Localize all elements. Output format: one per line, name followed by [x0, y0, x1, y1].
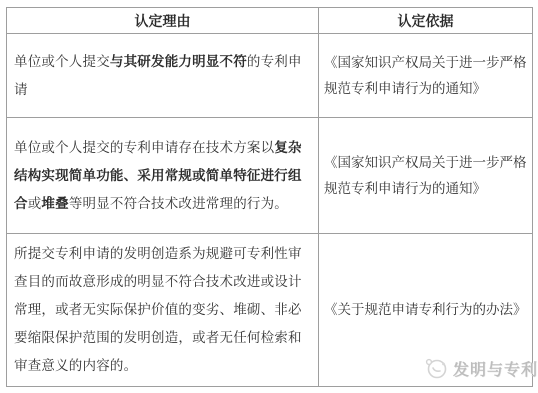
table-row: 单位或个人提交的专利申请存在技术方案以复杂结构实现简单功能、采用常规或简单特征进…	[7, 118, 533, 234]
reason-cell: 单位或个人提交的专利申请存在技术方案以复杂结构实现简单功能、采用常规或简单特征进…	[7, 118, 319, 234]
reason-cell: 所提交专利申请的发明创造系为规避可专利性审查目的而故意形成的明显不符合技术改进或…	[7, 234, 319, 387]
header-reason: 认定理由	[7, 8, 319, 34]
reason-cell: 单位或个人提交与其研发能力明显不符的专利申请	[7, 34, 319, 118]
patent-criteria-table: 认定理由 认定依据 单位或个人提交与其研发能力明显不符的专利申请 《国家知识产权…	[6, 7, 533, 387]
logo-circle-icon	[424, 355, 448, 381]
page: 认定理由 认定依据 单位或个人提交与其研发能力明显不符的专利申请 《国家知识产权…	[0, 0, 538, 393]
basis-cell: 《国家知识产权局关于进一步严格规范专利申请行为的通知》	[319, 34, 533, 118]
watermark-label: 发明与专利	[453, 357, 538, 380]
table-header-row: 认定理由 认定依据	[7, 8, 533, 34]
watermark: 发明与专利	[424, 355, 538, 381]
table-row: 单位或个人提交与其研发能力明显不符的专利申请 《国家知识产权局关于进一步严格规范…	[7, 34, 533, 118]
header-basis: 认定依据	[319, 8, 533, 34]
basis-cell: 《国家知识产权局关于进一步严格规范专利申请行为的通知》	[319, 118, 533, 234]
